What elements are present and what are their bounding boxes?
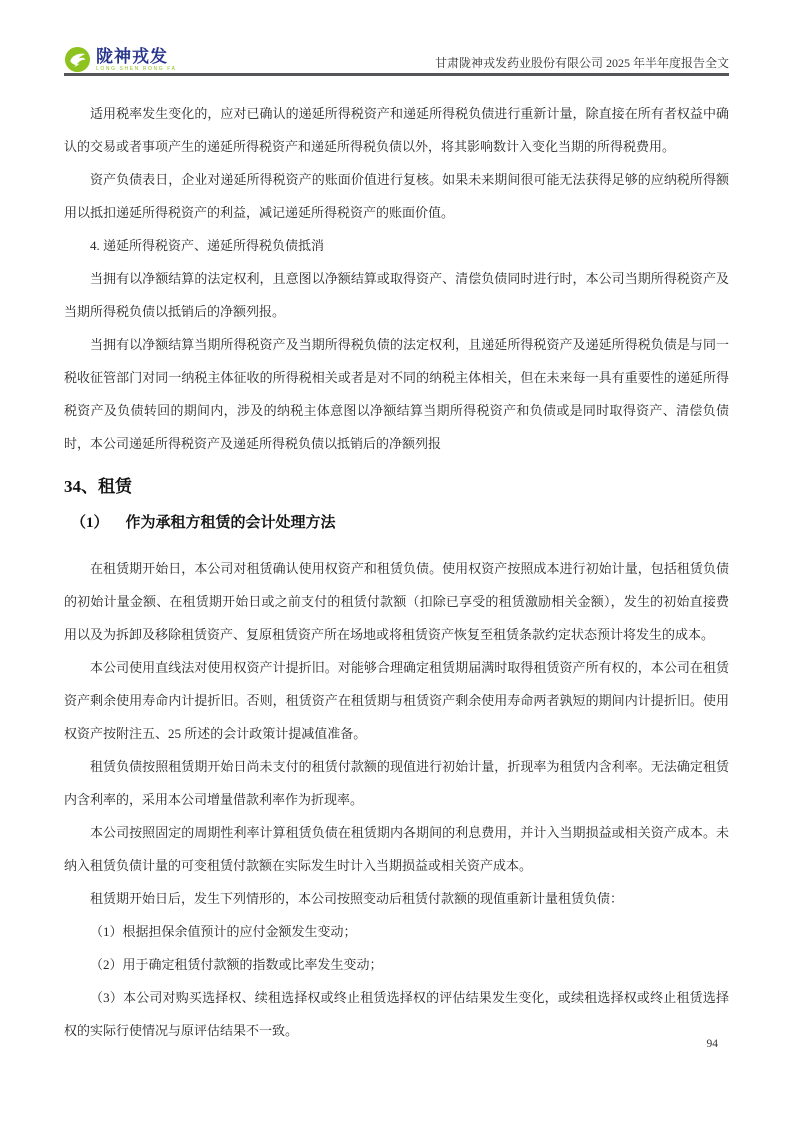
- paragraph-tax-rate-change: 适用税率发生变化的，应对已确认的递延所得税资产和递延所得税负债进行重新计量，除直…: [64, 97, 729, 163]
- logo-text: 陇神戎发 LONG SHEN RONG FA: [96, 48, 177, 72]
- company-logo: 陇神戎发 LONG SHEN RONG FA: [64, 46, 177, 73]
- paragraph-remeasurement-intro: 租赁期开始日后，发生下列情形的，本公司按照变动后租赁付款额的现值重新计量租赁负债…: [64, 882, 729, 915]
- subsection-heading-lessee-accounting: （1）作为承租方租赁的会计处理方法: [71, 507, 729, 540]
- logo-cn-name: 陇神戎发: [96, 48, 177, 65]
- subsection-number: （1）: [71, 515, 109, 531]
- document-body: 适用税率发生变化的，应对已确认的递延所得税资产和递延所得税负债进行重新计量，除直…: [64, 97, 729, 1047]
- paragraph-lease-commencement: 在租赁期开始日，本公司对租赁确认使用权资产和租赁负债。使用权资产按照成本进行初始…: [64, 552, 729, 651]
- logo-en-name: LONG SHEN RONG FA: [96, 67, 177, 72]
- list-item-option-reassessment: （3）本公司对购买选择权、续租选择权或终止租赁选择权的评估结果发生变化，或续租选…: [64, 981, 729, 1047]
- paragraph-offset-item-title: 4. 递延所得税资产、递延所得税负债抵消: [64, 229, 729, 262]
- list-item-index-rate-change: （2）用于确定租赁付款额的指数或比率发生变动；: [64, 948, 729, 981]
- paragraph-straight-line-depreciation: 本公司使用直线法对使用权资产计提折旧。对能够合理确定租赁期届满时取得租赁资产所有…: [64, 651, 729, 750]
- report-page: 陇神戎发 LONG SHEN RONG FA 甘肃陇神戎发药业股份有限公司 20…: [0, 0, 793, 1122]
- paragraph-lease-liability-measurement: 租赁负债按照租赁期开始日尚未支付的租赁付款额的现值进行初始计量，折现率为租赁内含…: [64, 750, 729, 816]
- logo-bird-icon: [64, 46, 91, 73]
- page-header: 陇神戎发 LONG SHEN RONG FA 甘肃陇神戎发药业股份有限公司 20…: [64, 42, 729, 73]
- document-title: 甘肃陇神戎发药业股份有限公司 2025 年半年度报告全文: [435, 54, 729, 73]
- paragraph-deferred-tax-offset: 当拥有以净额结算当期所得税资产及当期所得税负债的法定权利，且递延所得税资产及递延…: [64, 328, 729, 460]
- header-divider: [64, 73, 729, 76]
- paragraph-balance-sheet-date: 资产负债表日，企业对递延所得税资产的账面价值进行复核。如果未来期间很可能无法获得…: [64, 163, 729, 229]
- section-heading-leases: 34、租赁: [64, 470, 729, 503]
- page-number: 94: [707, 1038, 719, 1050]
- subsection-title: 作为承租方租赁的会计处理方法: [126, 515, 336, 531]
- paragraph-periodic-interest: 本公司按照固定的周期性利率计算租赁负债在租赁期内各期间的利息费用，并计入当期损益…: [64, 816, 729, 882]
- list-item-guaranteed-residual: （1）根据担保余值预计的应付金额发生变动；: [64, 915, 729, 948]
- paragraph-net-settlement-right: 当拥有以净额结算的法定权利，且意图以净额结算或取得资产、清偿负债同时进行时，本公…: [64, 262, 729, 328]
